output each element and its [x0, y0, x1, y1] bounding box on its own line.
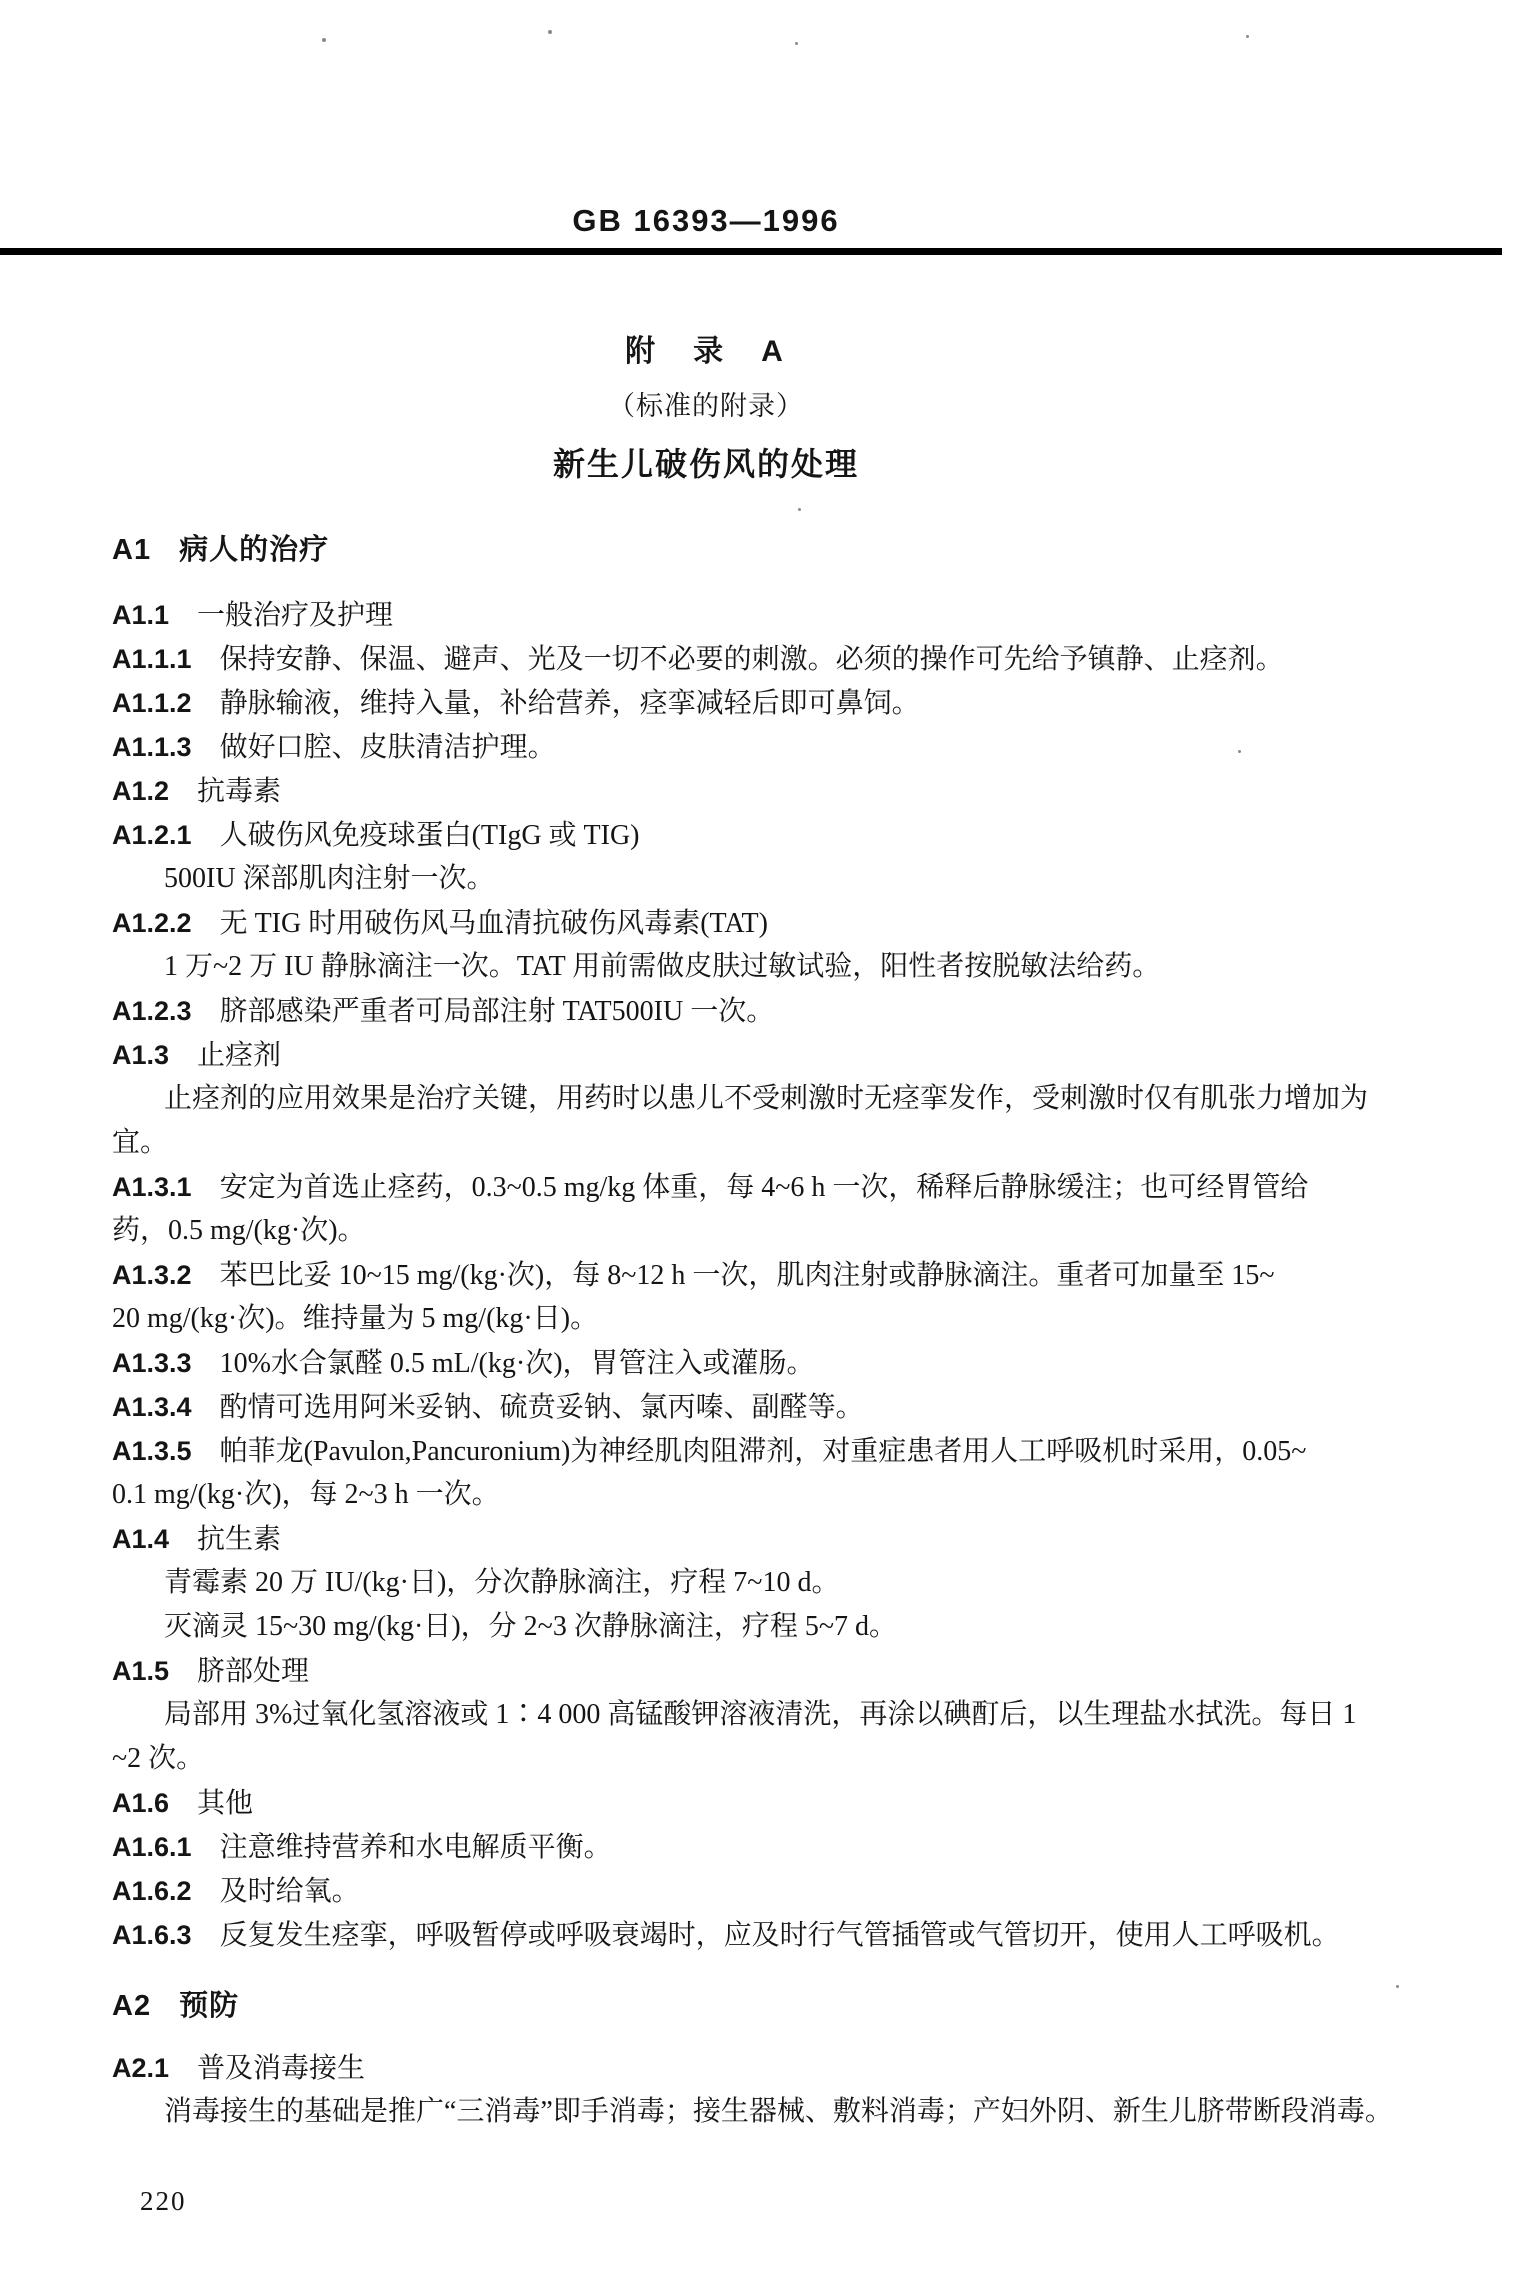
clause-text: 500IU 深部肌肉注射一次。	[164, 863, 495, 894]
doc-line: 灭滴灵 15~30 mg/(kg·日)，分 2~3 次静脉滴注，疗程 5~7 d…	[112, 1605, 1448, 1649]
clause-text: 注意维持营养和水电解质平衡。	[220, 1832, 612, 1863]
doc-line: 消毒接生的基础是推广“三消毒”即手消毒；接生器械、敷料消毒；产妇外阴、新生儿脐带…	[112, 2090, 1448, 2134]
clause-text: 止痉剂	[197, 1040, 281, 1071]
doc-line: A1.6.1注意维持营养和水电解质平衡。	[112, 1825, 1448, 1869]
appendix-title-block: 附 录 A （标准的附录） 新生儿破伤风的处理	[0, 326, 1474, 485]
doc-line: 局部用 3%过氧化氢溶液或 1∶4 000 高锰酸钾溶液清洗，再涂以碘酊后，以生…	[112, 1693, 1448, 1737]
clause-text: 预防	[179, 1990, 239, 2022]
clause-text: 苯巴比妥 10~15 mg/(kg·次)，每 8~12 h 一次，肌肉注射或静脉…	[220, 1260, 1275, 1291]
clause-text: 脐部处理	[197, 1656, 309, 1687]
scan-speck	[798, 508, 801, 511]
clause-text: 普及消毒接生	[197, 2053, 365, 2084]
clause-text: 局部用 3%过氧化氢溶液或 1∶4 000 高锰酸钾溶液清洗，再涂以碘酊后，以生…	[164, 1699, 1356, 1730]
doc-line: ~2 次。	[112, 1737, 1448, 1781]
clause-number: A1.3.2	[112, 1260, 192, 1290]
clause-number: A1.3	[112, 1040, 169, 1070]
clause-text: 人破伤风免疫球蛋白(TIgG 或 TIG)	[220, 820, 640, 851]
clause-text: 药，0.5 mg/(kg·次)。	[112, 1215, 366, 1246]
doc-line: 药，0.5 mg/(kg·次)。	[112, 1209, 1448, 1253]
document-page: GB 16393—1996 附 录 A （标准的附录） 新生儿破伤风的处理 A1…	[0, 0, 1536, 2285]
appendix-type: （标准的附录）	[0, 384, 1474, 423]
doc-line: A1.3止痉剂	[112, 1033, 1448, 1077]
doc-line: 0.1 mg/(kg·次)，每 2~3 h 一次。	[112, 1473, 1448, 1517]
doc-line: A1.1.3做好口腔、皮肤清洁护理。	[112, 725, 1448, 769]
clause-text: 反复发生痉挛，呼吸暂停或呼吸衰竭时，应及时行气管插管或气管切开，使用人工呼吸机。	[220, 1920, 1340, 1951]
clause-text: 做好口腔、皮肤清洁护理。	[220, 732, 556, 763]
doc-line: A1.3.5帕菲龙(Pavulon,Pancuronium)为神经肌肉阻滞剂，对…	[112, 1429, 1448, 1473]
doc-line: 宜。	[112, 1121, 1448, 1165]
page-number: 220	[140, 2186, 187, 2217]
clause-number: A1.3.3	[112, 1348, 192, 1378]
doc-line: A1.4抗生素	[112, 1517, 1448, 1561]
clause-number: A1	[112, 534, 151, 566]
doc-line: A1.6.2及时给氧。	[112, 1869, 1448, 1913]
clause-number: A1.6.2	[112, 1876, 192, 1906]
clause-number: A1.2.1	[112, 820, 192, 850]
doc-line: A1.2抗毒素	[112, 769, 1448, 813]
clause-text: 脐部感染严重者可局部注射 TAT500IU 一次。	[220, 996, 775, 1027]
scan-speck	[1246, 35, 1249, 38]
clause-text: 静脉输液，维持入量，补给营养，痉挛减轻后即可鼻饲。	[220, 688, 920, 719]
doc-line: A1.2.2无 TIG 时用破伤风马血清抗破伤风毒素(TAT)	[112, 901, 1448, 945]
clause-text: 帕菲龙(Pavulon,Pancuronium)为神经肌肉阻滞剂，对重症患者用人…	[220, 1436, 1307, 1467]
clause-text: 宜。	[112, 1127, 168, 1158]
clause-text: 酌情可选用阿米妥钠、硫贲妥钠、氯丙嗪、副醛等。	[220, 1392, 864, 1423]
doc-line: A1.5脐部处理	[112, 1649, 1448, 1693]
clause-number: A1.2	[112, 776, 169, 806]
scan-speck	[1238, 750, 1241, 753]
clause-text: 10%水合氯醛 0.5 mL/(kg·次)，胃管注入或灌肠。	[220, 1348, 815, 1379]
clause-text: 一般治疗及护理	[197, 600, 393, 631]
clause-number: A1.2.3	[112, 996, 192, 1026]
doc-line: 20 mg/(kg·次)。维持量为 5 mg/(kg·日)。	[112, 1297, 1448, 1341]
doc-line: A1.3.2苯巴比妥 10~15 mg/(kg·次)，每 8~12 h 一次，肌…	[112, 1253, 1448, 1297]
scan-speck	[322, 38, 326, 42]
doc-line: A1.1.2静脉输液，维持入量，补给营养，痉挛减轻后即可鼻饲。	[112, 681, 1448, 725]
doc-line: A1.2.3脐部感染严重者可局部注射 TAT500IU 一次。	[112, 989, 1448, 1033]
clause-text: 病人的治疗	[179, 534, 329, 566]
doc-line: A1病人的治疗	[112, 525, 1448, 575]
doc-line: A1.3.310%水合氯醛 0.5 mL/(kg·次)，胃管注入或灌肠。	[112, 1341, 1448, 1385]
clause-text: 1 万~2 万 IU 静脉滴注一次。TAT 用前需做皮肤过敏试验，阳性者按脱敏法…	[164, 951, 1160, 982]
clause-text: 消毒接生的基础是推广“三消毒”即手消毒；接生器械、敷料消毒；产妇外阴、新生儿脐带…	[164, 2096, 1393, 2127]
clause-number: A1.1.2	[112, 688, 192, 718]
appendix-label: 附 录 A	[0, 326, 1474, 370]
standard-number-header: GB 16393—1996	[0, 203, 1474, 239]
clause-number: A1.3.5	[112, 1436, 192, 1466]
scan-speck	[795, 42, 798, 45]
doc-line: A1.6.3反复发生痉挛，呼吸暂停或呼吸衰竭时，应及时行气管插管或气管切开，使用…	[112, 1913, 1448, 1957]
clause-number: A2.1	[112, 2053, 169, 2083]
clause-text: 0.1 mg/(kg·次)，每 2~3 h 一次。	[112, 1479, 500, 1510]
clause-number: A1.6.3	[112, 1920, 192, 1950]
clause-number: A1.1.1	[112, 644, 192, 674]
doc-line: A1.1.1保持安静、保温、避声、光及一切不必要的刺激。必须的操作可先给予镇静、…	[112, 637, 1448, 681]
document-body: A1病人的治疗 A1.1一般治疗及护理 A1.1.1保持安静、保温、避声、光及一…	[112, 525, 1448, 2134]
clause-number: A2	[112, 1990, 151, 2022]
clause-number: A1.1	[112, 600, 169, 630]
scan-speck	[1034, 1944, 1037, 1947]
clause-text: 20 mg/(kg·次)。维持量为 5 mg/(kg·日)。	[112, 1303, 598, 1334]
clause-text: 青霉素 20 万 IU/(kg·日)，分次静脉滴注，疗程 7~10 d。	[164, 1567, 839, 1598]
appendix-title: 新生儿破伤风的处理	[0, 439, 1474, 485]
doc-line: 1 万~2 万 IU 静脉滴注一次。TAT 用前需做皮肤过敏试验，阳性者按脱敏法…	[112, 945, 1448, 989]
clause-number: A1.1.3	[112, 732, 192, 762]
clause-number: A1.6.1	[112, 1832, 192, 1862]
clause-number: A1.4	[112, 1524, 169, 1554]
clause-text: 抗生素	[197, 1524, 281, 1555]
scan-speck	[548, 30, 552, 34]
clause-text: ~2 次。	[112, 1743, 204, 1774]
clause-text: 保持安静、保温、避声、光及一切不必要的刺激。必须的操作可先给予镇静、止痉剂。	[220, 644, 1284, 675]
clause-number: A1.3.1	[112, 1172, 192, 1202]
clause-text: 抗毒素	[197, 776, 281, 807]
doc-line: A1.1一般治疗及护理	[112, 593, 1448, 637]
clause-text: 无 TIG 时用破伤风马血清抗破伤风毒素(TAT)	[220, 908, 768, 939]
clause-text: 及时给氧。	[220, 1876, 360, 1907]
clause-number: A1.5	[112, 1656, 169, 1686]
clause-text: 灭滴灵 15~30 mg/(kg·日)，分 2~3 次静脉滴注，疗程 5~7 d…	[164, 1611, 897, 1642]
doc-line: A1.3.1安定为首选止痉药，0.3~0.5 mg/kg 体重，每 4~6 h …	[112, 1165, 1448, 1209]
clause-number: A1.3.4	[112, 1392, 192, 1422]
doc-line: A1.2.1人破伤风免疫球蛋白(TIgG 或 TIG)	[112, 813, 1448, 857]
doc-line: 500IU 深部肌肉注射一次。	[112, 857, 1448, 901]
scan-speck	[1396, 1985, 1399, 1988]
clause-text: 安定为首选止痉药，0.3~0.5 mg/kg 体重，每 4~6 h 一次，稀释后…	[220, 1172, 1309, 1203]
header-divider	[0, 248, 1502, 255]
clause-number: A1.6	[112, 1788, 169, 1818]
doc-line: 青霉素 20 万 IU/(kg·日)，分次静脉滴注，疗程 7~10 d。	[112, 1561, 1448, 1605]
clause-number: A1.2.2	[112, 908, 192, 938]
clause-text: 止痉剂的应用效果是治疗关键，用药时以患儿不受刺激时无痉挛发作，受刺激时仅有肌张力…	[164, 1083, 1368, 1114]
doc-line: A1.6其他	[112, 1781, 1448, 1825]
doc-line: A2.1普及消毒接生	[112, 2046, 1448, 2090]
doc-line: 止痉剂的应用效果是治疗关键，用药时以患儿不受刺激时无痉挛发作，受刺激时仅有肌张力…	[112, 1077, 1448, 1121]
doc-line: A2预防	[112, 1981, 1448, 2031]
doc-line: A1.3.4酌情可选用阿米妥钠、硫贲妥钠、氯丙嗪、副醛等。	[112, 1385, 1448, 1429]
clause-text: 其他	[197, 1788, 253, 1819]
